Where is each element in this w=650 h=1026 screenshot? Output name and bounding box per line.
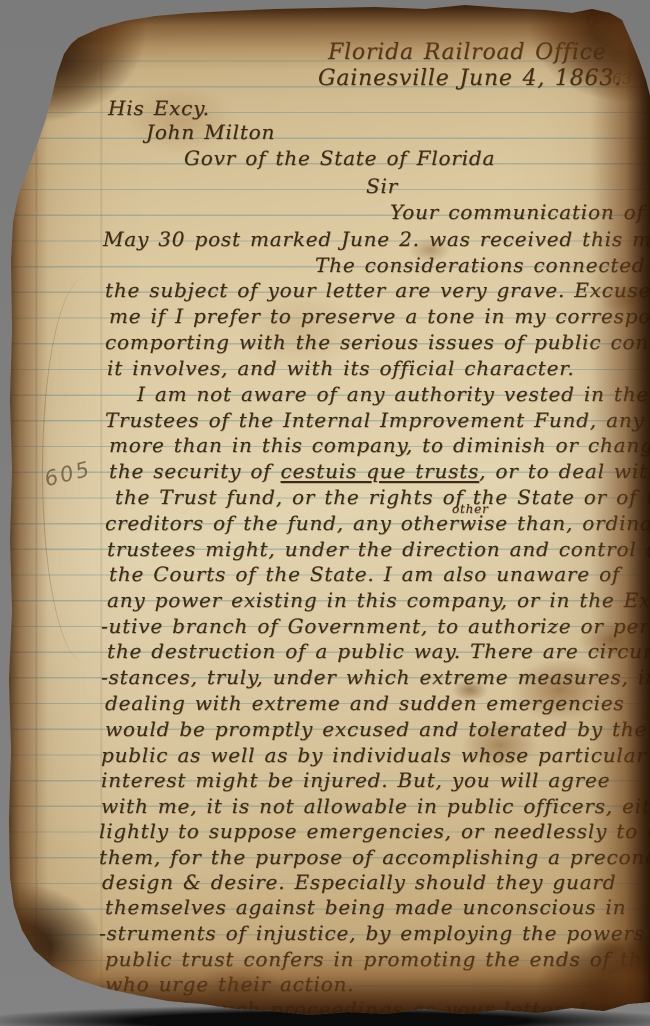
manuscript-line: dealing with extreme and sudden emergenc… (105, 691, 625, 715)
manuscript-line: creditors of the fund, any otherwise tha… (105, 511, 650, 535)
recipient-honorific: His Excy. (108, 96, 210, 120)
manuscript-line: the security of cestuis que trusts, or t… (109, 459, 650, 483)
manuscript-line: public as well as by individuals whose p… (101, 743, 647, 767)
manuscript-line: The considerations connected with (315, 253, 650, 277)
manuscript-line: public trust confers in promoting the en… (105, 947, 650, 971)
manuscript-line: would be promptly excused and tolerated … (105, 717, 647, 741)
manuscript-line: May 30 post marked June 2. was received … (103, 227, 650, 251)
manuscript-line: -struments of injustice, by employing th… (99, 921, 650, 945)
manuscript-line: with me, it is not allowable in public o… (101, 794, 650, 818)
manuscript-line: Your communication of (390, 200, 645, 224)
manuscript-line: more than in this company, to diminish o… (109, 433, 650, 457)
interline-insertion: other (452, 502, 489, 516)
manuscript-line: trustees might, under the direction and … (107, 537, 650, 561)
manuscript-line: the Trust fund, or the rights of the Sta… (115, 485, 650, 509)
manuscript-line: -utive branch of Government, to authoriz… (101, 614, 650, 638)
manuscript-line: the subject of your letter are very grav… (105, 278, 650, 302)
underlined-phrase: cestuis que trusts (281, 459, 480, 483)
manuscript-line: it involves, and with its official chara… (107, 356, 575, 380)
manuscript-line: any power existing in this company, or i… (107, 588, 650, 612)
salutation: Sir (366, 174, 398, 198)
manuscript-line: me if I prefer to preserve a tone in my … (109, 304, 650, 328)
manuscript-line: themselves against being made unconsciou… (105, 895, 626, 919)
manuscript-text-layer: Florida Railroad OfficeGainesville June … (0, 0, 650, 1026)
letterhead-place-date: Gainesville June 4, 1863. (318, 66, 622, 91)
manuscript-line: No such proceedings as your letter descr… (170, 997, 650, 1021)
manuscript-line: lightly to suppose emergencies, or needl… (99, 819, 650, 843)
manuscript-line: Trustees of the Internal Improvement Fun… (105, 408, 645, 432)
manuscript-line: the destruction of a public way. There a… (107, 639, 650, 663)
recipient-title: Govr of the State of Florida (184, 146, 495, 170)
manuscript-line: interest might be injured. But, you will… (101, 768, 610, 792)
manuscript-line: them, for the purpose of accomplishing a… (99, 845, 650, 869)
manuscript-line: comporting with the serious issues of pu… (105, 330, 650, 354)
manuscript-line: who urge their action. (105, 972, 354, 996)
letterhead-office: Florida Railroad Office (328, 40, 607, 65)
manuscript-page: Florida Railroad OfficeGainesville June … (0, 0, 650, 1026)
recipient-name: John Milton (146, 120, 275, 144)
manuscript-line: design & desire. Especially should they … (102, 870, 616, 894)
page-number-pencil: 605 (42, 456, 94, 491)
ink-fragment: 63 (612, 70, 633, 88)
manuscript-line: I am not aware of any authority vested i… (137, 382, 649, 406)
scanned-photo-background: Florida Railroad OfficeGainesville June … (0, 0, 650, 1026)
manuscript-line: -stances, truly, under which extreme mea… (101, 665, 650, 689)
archival-stamp: 660 (583, 5, 629, 34)
manuscript-line: the Courts of the State. I am also unawa… (109, 562, 620, 586)
